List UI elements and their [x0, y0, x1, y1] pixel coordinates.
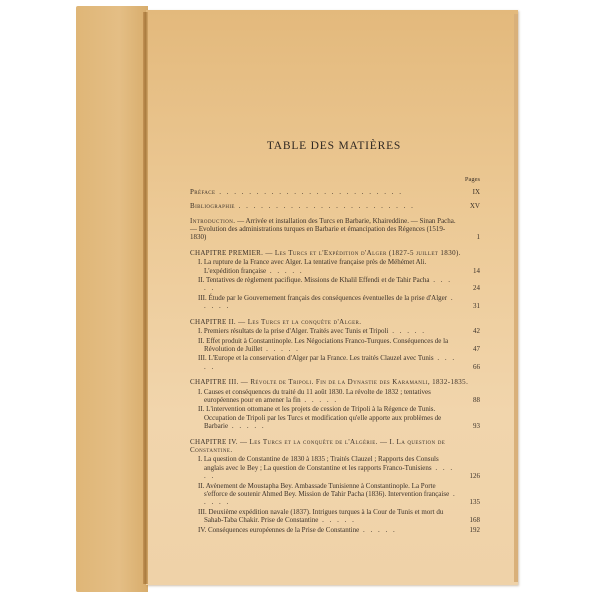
- section-text: II. Tentatives de règlement pacifique. M…: [198, 276, 430, 284]
- toc-section: I. Causes et conséquences du traité du 1…: [190, 388, 480, 405]
- page-number: 135: [458, 498, 480, 506]
- leader-dots: . . . . .: [318, 516, 356, 524]
- toc-section: I. Premiers résultats de la prise d'Alge…: [190, 327, 480, 335]
- table-of-contents: TABLE DES MATIÈRES Pages Préface . . . .…: [190, 142, 480, 534]
- toc-chapter: CHAPITRE IV. — Les Turcs et la conquête …: [190, 438, 480, 534]
- page-number: 31: [458, 302, 480, 310]
- section-text: II. Avènement de Moustapha Bey. Ambassad…: [198, 482, 449, 498]
- toc-section: III. L'Europe et la conservation d'Alger…: [190, 354, 480, 371]
- chapter-heading: CHAPITRE II.: [190, 318, 236, 326]
- left-page: [76, 6, 148, 592]
- leader-dots: . . . . .: [301, 396, 339, 404]
- toc-section: IV. Conséquences européennes de la Prise…: [190, 526, 480, 534]
- toc-entry-preface: Préface . . . . . . . . . . . . . . . . …: [190, 188, 480, 196]
- section-text: III. Étude par le Gouvernement français …: [198, 294, 447, 302]
- leader-dots: . . . . .: [262, 345, 300, 353]
- page-number: 42: [458, 327, 480, 335]
- leader-dots: . . . . .: [359, 526, 397, 534]
- page-number: 168: [458, 516, 480, 524]
- toc-section: II. Effet produit à Constantinople. Les …: [190, 337, 480, 354]
- page-number: 66: [458, 363, 480, 371]
- section-text: IV. Conséquences européennes de la Prise…: [198, 526, 359, 534]
- page-number: 24: [458, 284, 480, 292]
- leader-dots: . . . . . . . . . . . . . . . . . . . . …: [216, 188, 404, 196]
- chapter-heading-line: CHAPITRE PREMIER. — Les Turcs et l'Expéd…: [190, 249, 480, 257]
- toc-section: III. Deuxième expédition navale (1837). …: [190, 508, 480, 525]
- entry-label: Préface: [190, 188, 216, 196]
- pages-column-header: Pages: [190, 176, 480, 184]
- section-text: II. Effet produit à Constantinople. Les …: [198, 337, 448, 353]
- toc-section: III. Étude par le Gouvernement français …: [190, 294, 480, 311]
- toc-section: II. Tentatives de règlement pacifique. M…: [190, 276, 480, 293]
- toc-entry-introduction: Introduction. — Arrivée et installation …: [190, 217, 480, 242]
- chapters-list: CHAPITRE PREMIER. — Les Turcs et l'Expéd…: [190, 249, 480, 534]
- leader-dots: . . . . . . . . . . . . . . . . . . . . …: [235, 202, 415, 210]
- page-number: 192: [458, 526, 480, 534]
- toc-section: II. Avènement de Moustapha Bey. Ambassad…: [190, 482, 480, 507]
- toc-chapter: CHAPITRE PREMIER. — Les Turcs et l'Expéd…: [190, 249, 480, 311]
- leader-dots: . . . . .: [388, 327, 426, 335]
- page-number: 1: [458, 233, 480, 241]
- toc-chapter: CHAPITRE II. — Les Turcs et la conquête …: [190, 318, 480, 371]
- page-number: XV: [458, 202, 480, 210]
- section-text: I. Premiers résultats de la prise d'Alge…: [198, 327, 388, 335]
- page-edge: [514, 14, 518, 582]
- page-number: 14: [458, 267, 480, 275]
- toc-section: I. La rupture de la France avec Alger. L…: [190, 258, 480, 275]
- toc-section: I. La question de Constantine de 1830 à …: [190, 455, 480, 480]
- leader-dots: . . . . .: [228, 422, 266, 430]
- page-number: 93: [458, 422, 480, 430]
- book-gutter: [143, 12, 148, 584]
- toc-entry-bibliographie: Bibliographie . . . . . . . . . . . . . …: [190, 202, 480, 210]
- entry-label: Bibliographie: [190, 202, 235, 210]
- toc-title: TABLE DES MATIÈRES: [188, 142, 480, 150]
- section-text: I. La rupture de la France avec Alger. L…: [198, 258, 426, 274]
- section-text: III. L'Europe et la conservation d'Alger…: [198, 354, 434, 362]
- page-number: IX: [458, 188, 480, 196]
- entry-label: Introduction.: [190, 217, 235, 225]
- chapter-heading: CHAPITRE IV.: [190, 438, 238, 446]
- page-number: 126: [458, 472, 480, 480]
- section-text: I. La question de Constantine de 1830 à …: [198, 455, 439, 471]
- page-number: 88: [458, 396, 480, 404]
- toc-section: II. L'intervention ottomane et les proje…: [190, 405, 480, 430]
- toc-chapter: CHAPITRE III. — Révolte de Tripoli. Fin …: [190, 378, 480, 430]
- chapter-heading-line: CHAPITRE III. — Révolte de Tripoli. Fin …: [190, 378, 480, 386]
- page-number: 47: [458, 345, 480, 353]
- chapter-title: — Les Turcs et l'Expédition d'Alger (182…: [263, 249, 461, 257]
- leader-dots: . . . . .: [266, 267, 304, 275]
- chapter-heading: CHAPITRE III.: [190, 378, 239, 386]
- chapter-heading: CHAPITRE PREMIER.: [190, 249, 263, 257]
- chapter-heading-line: CHAPITRE II. — Les Turcs et la conquête …: [190, 318, 480, 326]
- chapter-title: — Les Turcs et la conquête d'Alger.: [236, 318, 361, 326]
- chapter-heading-line: CHAPITRE IV. — Les Turcs et la conquête …: [190, 438, 480, 455]
- chapter-title: — Révolte de Tripoli. Fin de la Dynastie…: [239, 378, 469, 386]
